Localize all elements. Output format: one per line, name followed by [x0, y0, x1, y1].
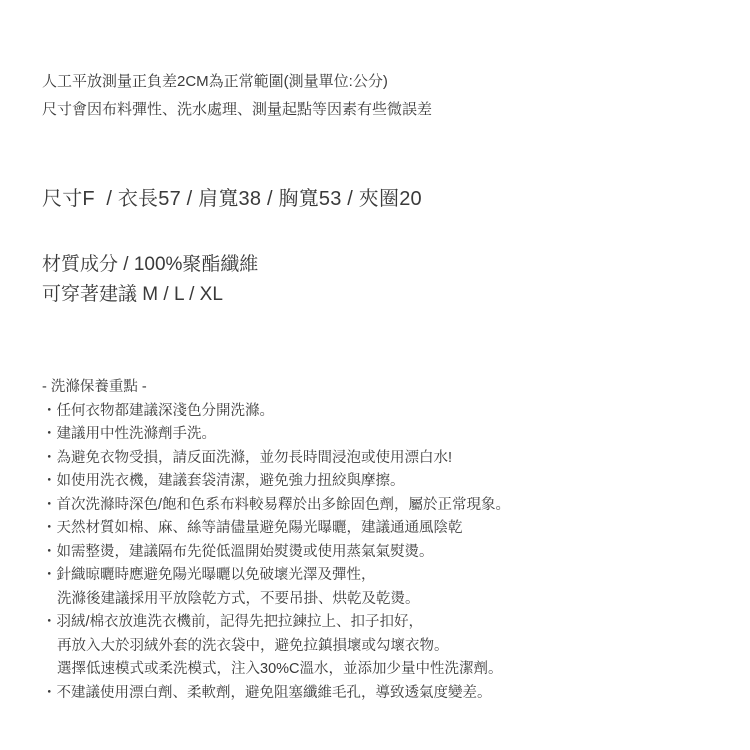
- measurement-note-line-2: 尺寸會因布料彈性、洗水處理、測量起點等因素有些微誤差: [42, 96, 714, 124]
- care-line: ・不建議使用漂白劑、柔軟劑，避免阻塞纖維毛孔，導致透氣度變差。: [42, 682, 714, 706]
- care-line: ・天然材質如棉、麻、絲等請儘量避免陽光曝曬，建議通通風陰乾: [42, 517, 714, 541]
- size-info-text: 尺寸F / 衣長57 / 肩寬38 / 胸寬53 / 夾圈20: [42, 184, 714, 214]
- care-line-continuation: 再放入大於羽絨外套的洗衣袋中，避免拉鎮損壞或勾壞衣物。: [42, 635, 714, 659]
- care-line: ・針織晾曬時應避免陽光曝曬以免破壞光澤及彈性，: [42, 564, 714, 588]
- care-line: ・羽絨/棉衣放進洗衣機前，記得先把拉鍊拉上、扣子扣好，: [42, 611, 714, 635]
- care-line-continuation: 選擇低速模式或柔洗模式，注入30%C溫水，並添加少量中性洗潔劑。: [42, 658, 714, 682]
- size-info: 尺寸F / 衣長57 / 肩寬38 / 胸寬53 / 夾圈20: [42, 184, 714, 214]
- care-line: ・如使用洗衣機，建議套袋清潔，避免強力扭絞與摩擦。: [42, 470, 714, 494]
- care-line: ・如需整燙，建議隔布先從低溫開始熨燙或使用蒸氣氣熨燙。: [42, 541, 714, 565]
- care-line: ・建議用中性洗滌劑手洗。: [42, 423, 714, 447]
- wear-suggestion-text: 可穿著建議 M / L / XL: [42, 280, 714, 310]
- measurement-note-line-1: 人工平放測量正負差2CM為正常範圍(測量單位:公分): [42, 68, 714, 96]
- material-info: 材質成分 / 100%聚酯纖維 可穿著建議 M / L / XL: [42, 250, 714, 310]
- care-line: ・為避免衣物受損，請反面洗滌，並勿長時間浸泡或使用漂白水!: [42, 447, 714, 471]
- care-line: ・任何衣物都建議深淺色分開洗滌。: [42, 400, 714, 424]
- care-line-continuation: 洗滌後建議採用平放陰乾方式，不要吊掛、烘乾及乾燙。: [42, 588, 714, 612]
- care-title: - 洗滌保養重點 -: [42, 376, 714, 400]
- care-instructions: - 洗滌保養重點 - ・任何衣物都建議深淺色分開洗滌。 ・建議用中性洗滌劑手洗。…: [42, 376, 714, 705]
- product-description-page: 人工平放測量正負差2CM為正常範圍(測量單位:公分) 尺寸會因布料彈性、洗水處理…: [0, 0, 750, 705]
- care-line: ・首次洗滌時深色/飽和色系布料較易釋於出多餘固色劑，屬於正常現象。: [42, 494, 714, 518]
- material-composition-text: 材質成分 / 100%聚酯纖維: [42, 250, 714, 280]
- measurement-note: 人工平放測量正負差2CM為正常範圍(測量單位:公分) 尺寸會因布料彈性、洗水處理…: [42, 0, 714, 124]
